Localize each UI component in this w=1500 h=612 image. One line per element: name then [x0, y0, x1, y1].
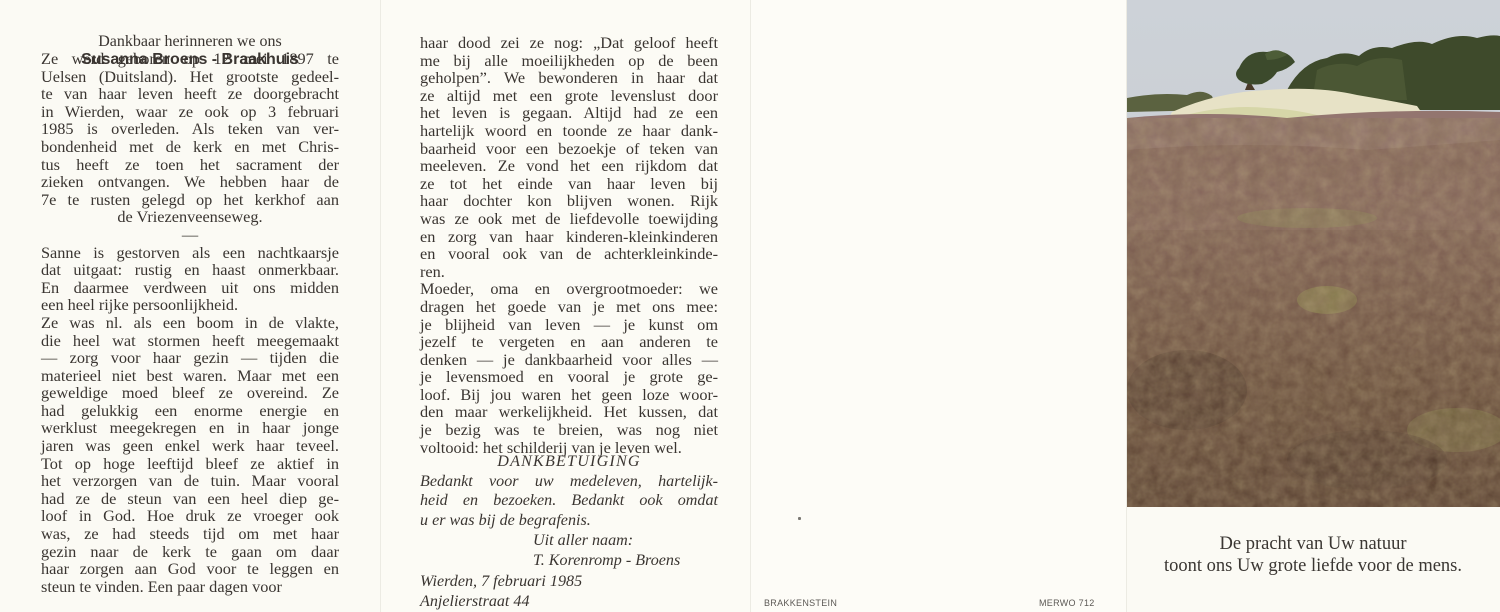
text-line: was ze ook met de liefdevolle toewijding: [420, 210, 718, 228]
signature-intro: Uit aller naam:: [420, 531, 718, 551]
text-line: had ze de steun van een heel diep ge-: [41, 490, 339, 508]
text-line: bondenheid met de kerk en met Chris-: [41, 138, 339, 156]
text-line: loof in God. Hoe druk ze vroeger ook: [41, 507, 339, 525]
text-line: gezin naar de kerk te gaan om daar: [41, 543, 339, 561]
text-line: in Wierden, waar ze ook op 3 februari: [41, 103, 339, 121]
text-line: Uelsen (Duitsland). Het grootste gedeel-: [41, 68, 339, 86]
text-line: ze tot het einde van haar leven bij: [420, 175, 718, 193]
text-line: werklust meegekregen en in haar jonge: [41, 419, 339, 437]
text-line: Ze was nl. als een boom in de vlakte,: [41, 314, 339, 332]
caption-line: toont ons Uw grote liefde voor de mens.: [1126, 555, 1500, 577]
acknowledgement-section: DANKBETUIGING Bedankt voor uw medeleven,…: [420, 452, 718, 612]
print-speck: [798, 517, 801, 520]
text-line: hartelijk woord en toonde ze haar dank-: [420, 122, 718, 140]
text-line: jezelf te vergeten en aan anderen te: [420, 333, 718, 351]
text-line: me bij alle moeilijkheden op de been: [420, 52, 718, 70]
obituary-text-left: Ze werd geboren op 12 mei 1897 teUelsen …: [41, 50, 339, 595]
text-line: een heel rijke persoonlijkheid.: [41, 296, 339, 314]
address: Anjelierstraat 44: [420, 592, 718, 612]
text-line: materieel niet best waren. Maar met een: [41, 367, 339, 385]
text-line: die heel wat stormen heeft meegemaakt: [41, 332, 339, 350]
text-line: dat uitgaat: rustig en haast onmerkbaar.: [41, 261, 339, 279]
text-line: je blijheid van leven — je kunst om: [420, 316, 718, 334]
text-line: de Vriezenveenseweg.: [41, 208, 339, 226]
text-line: geweldige moed bleef ze overeind. Ze: [41, 384, 339, 402]
text-line: Sanne is gestorven als een nachtkaarsje: [41, 244, 339, 262]
text-line: den maar werkelijkheid. Het kussen, dat: [420, 403, 718, 421]
photo-caption: De pracht van Uw natuur toont ons Uw gro…: [1126, 533, 1500, 577]
text-line: denken — je dankbaarheid voor alles —: [420, 351, 718, 369]
place-date: Wierden, 7 februari 1985: [420, 572, 718, 592]
text-line: 1985 is overleden. Als teken van ver-: [41, 120, 339, 138]
text-line: 7e te rusten gelegd op het kerkhof aan: [41, 191, 339, 209]
text-line: En daarmee verdween uit ons midden: [41, 279, 339, 297]
text-line: te van haar leven heeft ze doorgebracht: [41, 85, 339, 103]
text-line: Moeder, oma en overgrootmoeder: we: [420, 280, 718, 298]
text-line: Tot op hoge leeftijd bleef ze aktief in: [41, 455, 339, 473]
obituary-text-right: haar dood zei ze nog: „Dat geloof heeftm…: [420, 34, 718, 456]
text-line: was, ze had steeds tijd om met haar: [41, 525, 339, 543]
text-line: baarheid voor een bezoekje of teken van: [420, 140, 718, 158]
text-line: meeleven. Ze vond het een rijkdom dat: [420, 157, 718, 175]
text-line: had gelukkig een enorme energie en: [41, 402, 339, 420]
text-line: je levensmoed en vooral je grote ge-: [420, 368, 718, 386]
fold-line: [380, 0, 381, 612]
acknowledgement-line: heid en bezoeken. Bedankt ook omdat: [420, 491, 718, 511]
text-line: het leven is gegaan. Altijd had ze een: [420, 104, 718, 122]
text-line: haar zorgen aan God voor te leggen en: [41, 560, 339, 578]
text-line: —: [41, 226, 339, 244]
text-line: — zorg voor haar gezin — tijden die: [41, 349, 339, 367]
text-line: haar dood zei ze nog: „Dat geloof heeft: [420, 34, 718, 52]
acknowledgement-line: Bedankt voor uw medeleven, hartelijk-: [420, 472, 718, 492]
text-line: tus heeft ze toen het sacrament der: [41, 156, 339, 174]
caption-line: De pracht van Uw natuur: [1126, 533, 1500, 555]
text-line: loof. Bij jou waren het geen loze woor-: [420, 386, 718, 404]
text-line: Ze werd geboren op 12 mei 1897 te: [41, 50, 339, 68]
text-line: zieken ontvangen. We hebben haar de: [41, 173, 339, 191]
text-line: je bezig was te breien, was nog niet: [420, 421, 718, 439]
text-line: ren.: [420, 263, 718, 281]
text-line: dragen het goede van je met ons mee:: [420, 298, 718, 316]
card-panel-blank: [750, 0, 1126, 612]
text-line: jaren was geen enkel werk haar teveel.: [41, 437, 339, 455]
heathland-photo: [1127, 0, 1500, 507]
text-line: ze altijd met een grote levenslust door: [420, 87, 718, 105]
acknowledgement-title: DANKBETUIGING: [420, 452, 718, 472]
printer-name: BRAKKENSTEIN: [764, 598, 837, 608]
acknowledgement-line: u er was bij de begrafenis.: [420, 511, 718, 531]
fold-line: [750, 0, 751, 612]
text-line: geholpen”. We bewonderen in haar dat: [420, 69, 718, 87]
text-line: haar dochter kon blijven wonen. Rijk: [420, 192, 718, 210]
text-line: het verzorgen van de tuin. Maar vooral: [41, 472, 339, 490]
print-code: MERWO 712: [1039, 598, 1095, 608]
text-line: en vooral ook van de achterkleinkinde-: [420, 245, 718, 263]
text-line: en zorg van haar kinderen-kleinkinderen: [420, 228, 718, 246]
text-line: steun te vinden. Een paar dagen voor: [41, 578, 339, 596]
signature-name: T. Korenromp - Broens: [420, 551, 718, 571]
